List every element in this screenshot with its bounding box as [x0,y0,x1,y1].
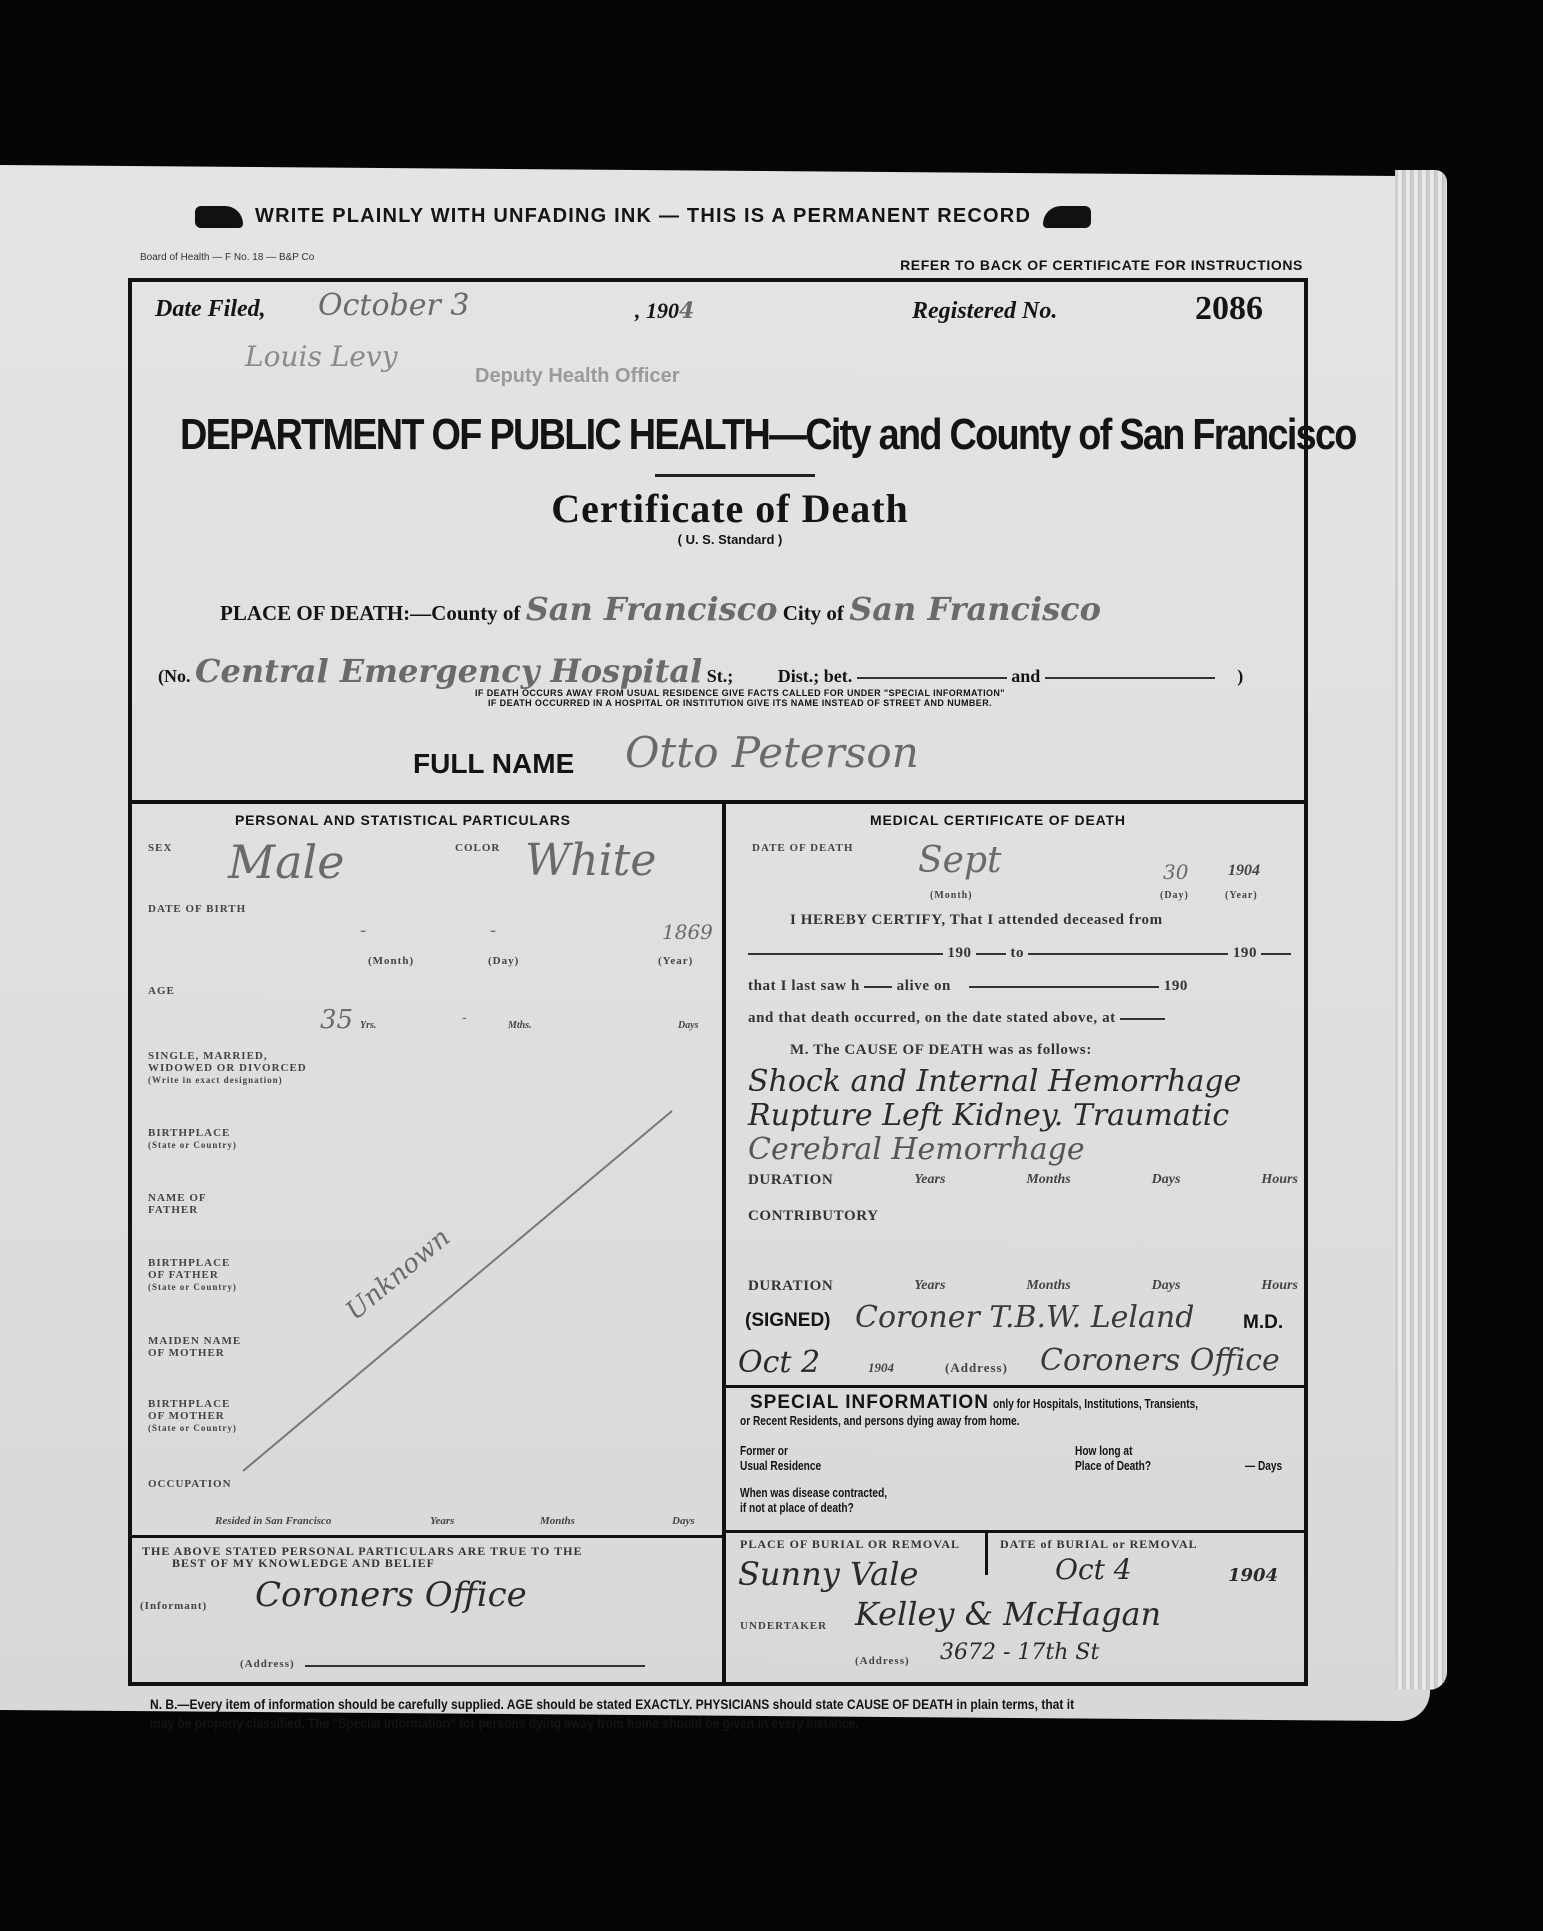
sex-value: Male [228,835,344,889]
informant-statement: THE ABOVE STATED PERSONAL PARTICULARS AR… [142,1545,582,1569]
certify-statement: I HEREBY CERTIFY, That I attended deceas… [790,912,1163,929]
officer-title: Deputy Health Officer [475,365,679,388]
place-note: IF DEATH OCCURS AWAY FROM USUAL RESIDENC… [300,688,1180,708]
cause-of-death-value: Shock and Internal Hemorrhage Rupture Le… [748,1065,1241,1167]
burial-place-label: PLACE OF BURIAL OR REMOVAL [740,1538,960,1550]
death-occurred-row: and that death occurred, on the date sta… [748,1010,1165,1027]
dob-month: - [360,920,366,941]
officer-signature: Louis Levy [245,340,398,373]
informant-divider [132,1535,722,1538]
place-of-death-row: PLACE OF DEATH:—County of San Francisco … [220,590,1101,628]
burial-date: Oct 4 [1055,1553,1132,1586]
color-label: COLOR [455,842,500,854]
date-filed-value: October 3 [318,288,469,323]
year-filed: , 1904 [635,298,694,324]
signed-by: Coroner T.B.W. Leland [855,1300,1194,1335]
date-filed-label: Date Filed, [155,296,266,323]
mother-name-label: MAIDEN NAME OF MOTHER [148,1335,241,1359]
date-of-death-label: DATE OF DEATH [752,842,853,854]
cause-of-death-label: M. The CAUSE OF DEATH was as follows: [790,1042,1092,1059]
dob-day: - [490,920,496,941]
dob-year: 1869 [662,920,713,944]
informant-address-label: (Address) [240,1658,295,1670]
burial-divider [726,1530,1306,1533]
contributory-label: CONTRIBUTORY [748,1208,879,1225]
contributory-duration-row: DURATION Years Months Days Hours [748,1278,1298,1295]
signed-address-label: (Address) [945,1362,1008,1374]
age-years: 35 [320,1005,353,1035]
mother-birthplace-label: BIRTHPLACE OF MOTHER (State or Country) [148,1398,237,1434]
certificate-title: Certificate of Death [0,485,1460,532]
full-name-value: Otto Peterson [625,728,919,777]
occupation-label: OCCUPATION [148,1478,232,1490]
section-divider [128,800,1308,804]
full-name-label: FULL NAME [413,748,574,780]
father-birthplace-label: BIRTHPLACE OF FATHER (State or Country) [148,1257,237,1293]
street-row: (No. Central Emergency Hospital St.; Dis… [158,652,1243,690]
burial-place: Sunny Vale [738,1555,918,1593]
undertaker-address-label: (Address) [855,1655,910,1667]
column-divider [722,804,726,1682]
city-value: San Francisco [849,590,1101,628]
dob-label: DATE OF BIRTH [148,903,246,915]
contracted-label: When was disease contracted, if not at p… [740,1485,887,1515]
md-label: M.D. [1243,1312,1283,1334]
burial-column-divider [985,1533,988,1575]
permanent-record-banner: WRITE PLAINLY WITH UNFADING INK — THIS I… [195,205,1275,228]
informant-value: Coroners Office [255,1575,527,1615]
sex-label: SEX [148,842,172,854]
age-label: AGE [148,985,175,997]
father-name-label: NAME OF FATHER [148,1192,207,1216]
duration-row: DURATION Years Months Days Hours [748,1172,1298,1189]
special-divider [726,1385,1306,1388]
how-long-label: How long at Place of Death? [1075,1443,1151,1473]
undertaker-label: UNDERTAKER [740,1620,827,1632]
attended-dates: 190 to 190 [748,945,1291,962]
page-stack-edge [1395,170,1447,1690]
instructions-note: REFER TO BACK OF CERTIFICATE FOR INSTRUC… [900,257,1303,273]
us-standard-label: ( U. S. Standard ) [0,532,1460,547]
burial-year: 1904 [1228,1565,1278,1586]
signed-address: Coroners Office [1040,1343,1280,1378]
signed-date: Oct 2 [738,1345,820,1380]
special-heading: SPECIAL INFORMATION only for Hospitals, … [750,1392,1256,1414]
printer-note: Board of Health — F No. 18 — B&P Co [140,252,314,263]
footer-note: N. B.—Every item of information should b… [150,1695,1079,1733]
burial-date-label: DATE of BURIAL or REMOVAL [1000,1538,1198,1550]
personal-heading: PERSONAL AND STATISTICAL PARTICULARS [235,812,571,828]
signed-year: 1904 [868,1360,894,1376]
pointing-hand-icon [1043,206,1091,228]
death-month: Sept [918,840,1001,881]
birthplace-label: BIRTHPLACE (State or Country) [148,1127,237,1151]
banner-text: WRITE PLAINLY WITH UNFADING INK — THIS I… [255,205,1031,228]
marital-status-label: SINGLE, MARRIED, WIDOWED OR DIVORCED (Wr… [148,1050,307,1086]
death-year: 1904 [1228,862,1260,880]
last-saw-row: that I last saw h alive on 190 [748,978,1188,995]
county-value: San Francisco [526,590,778,628]
title-rule [655,474,815,477]
former-residence-label: Former or Usual Residence [740,1443,821,1473]
death-day: 30 [1163,860,1188,884]
undertaker-address: 3672 - 17th St [940,1640,1099,1665]
department-title: DEPARTMENT OF PUBLIC HEALTH—City and Cou… [180,410,1143,460]
informant-label: (Informant) [140,1600,207,1612]
street-value: Central Emergency Hospital [195,652,702,690]
color-value: White [525,835,656,886]
registered-number: 2086 [1195,290,1263,328]
age-months: - [462,1010,467,1026]
days-label: — Days [1245,1458,1282,1473]
pointing-hand-icon [195,206,243,228]
signed-label: (SIGNED) [745,1310,831,1332]
undertaker-value: Kelley & McHagan [855,1595,1161,1633]
registered-label: Registered No. [912,298,1057,325]
medical-heading: MEDICAL CERTIFICATE OF DEATH [870,812,1126,828]
resided-label: Resided in San Francisco [215,1515,331,1527]
